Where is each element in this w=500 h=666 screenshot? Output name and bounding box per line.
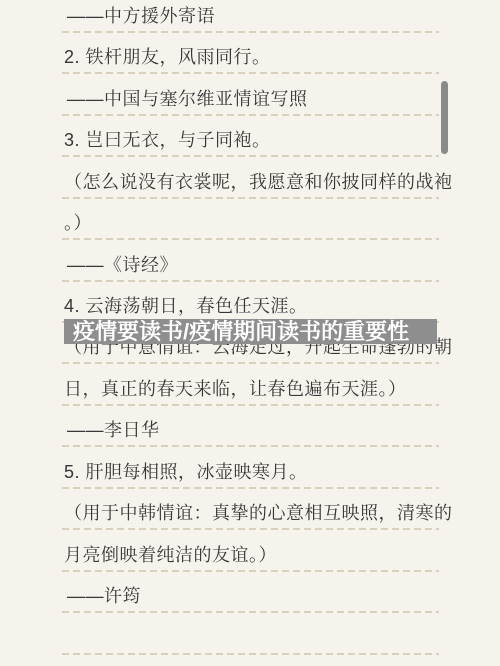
- row-text: 5. 肝胆每相照，冰壶映寒月。: [62, 462, 308, 489]
- article-page: ——中方援外寄语2. 铁杆朋友，风雨同行。——中国与塞尔维亚情谊写照3. 岂曰无…: [0, 0, 500, 666]
- row-text: 2. 铁杆朋友，风雨同行。: [62, 47, 271, 74]
- list-row-attribution: ——《诗经》: [62, 240, 439, 281]
- overlay-title: 疫情要读书/疫情期间读书的重要性: [64, 319, 409, 344]
- row-text: 月亮倒映着纯洁的友谊。）: [62, 545, 277, 572]
- row-text: 日，真正的春天来临，让春色遍布天涯。）: [62, 379, 407, 406]
- row-text: ——《诗经》: [62, 255, 178, 282]
- list-row-attribution: ——中方援外寄语: [62, 0, 439, 33]
- row-text: （用于中韩情谊：真挚的心意相互映照，清寒的: [62, 503, 453, 530]
- list-row-annotation: 月亮倒映着纯洁的友谊。）: [62, 530, 439, 571]
- list-row-annotation: （怎么说没有衣裳呢，我愿意和你披同样的战袍: [62, 157, 439, 198]
- row-text: 3. 岂曰无衣，与子同袍。: [62, 130, 271, 157]
- row-text: [62, 649, 64, 655]
- row-text: ——中国与塞尔维亚情谊写照: [62, 89, 308, 116]
- row-text: 。）: [62, 213, 92, 240]
- list-row-attribution: ——中国与塞尔维亚情谊写照: [62, 74, 439, 115]
- list-row-annotation: 日，真正的春天来临，让春色遍布天涯。）: [62, 364, 439, 405]
- list-row-quote: 5. 肝胆每相照，冰壶映寒月。: [62, 447, 439, 488]
- list-row-annotation: 。）: [62, 199, 439, 240]
- list-row-attribution: ——李日华: [62, 406, 439, 447]
- list-row-attribution: ——许筠: [62, 572, 439, 613]
- list-row-quote: 2. 铁杆朋友，风雨同行。: [62, 33, 439, 74]
- overlay-title-bar: 疫情要读书/疫情期间读书的重要性: [64, 319, 437, 344]
- list-row-quote: 4. 云海荡朝日，春色任天涯。: [62, 282, 439, 323]
- scrollbar-thumb[interactable]: [441, 81, 448, 154]
- row-text: ——许筠: [62, 586, 141, 613]
- list-row-quote: 3. 岂曰无衣，与子同袍。: [62, 116, 439, 157]
- row-text: ——李日华: [62, 420, 160, 447]
- row-text: （怎么说没有衣裳呢，我愿意和你披同样的战袍: [62, 172, 453, 199]
- list-row-empty: [62, 613, 439, 654]
- list-row-annotation: （用于中韩情谊：真挚的心意相互映照，清寒的: [62, 489, 439, 530]
- row-text: ——中方援外寄语: [62, 6, 215, 33]
